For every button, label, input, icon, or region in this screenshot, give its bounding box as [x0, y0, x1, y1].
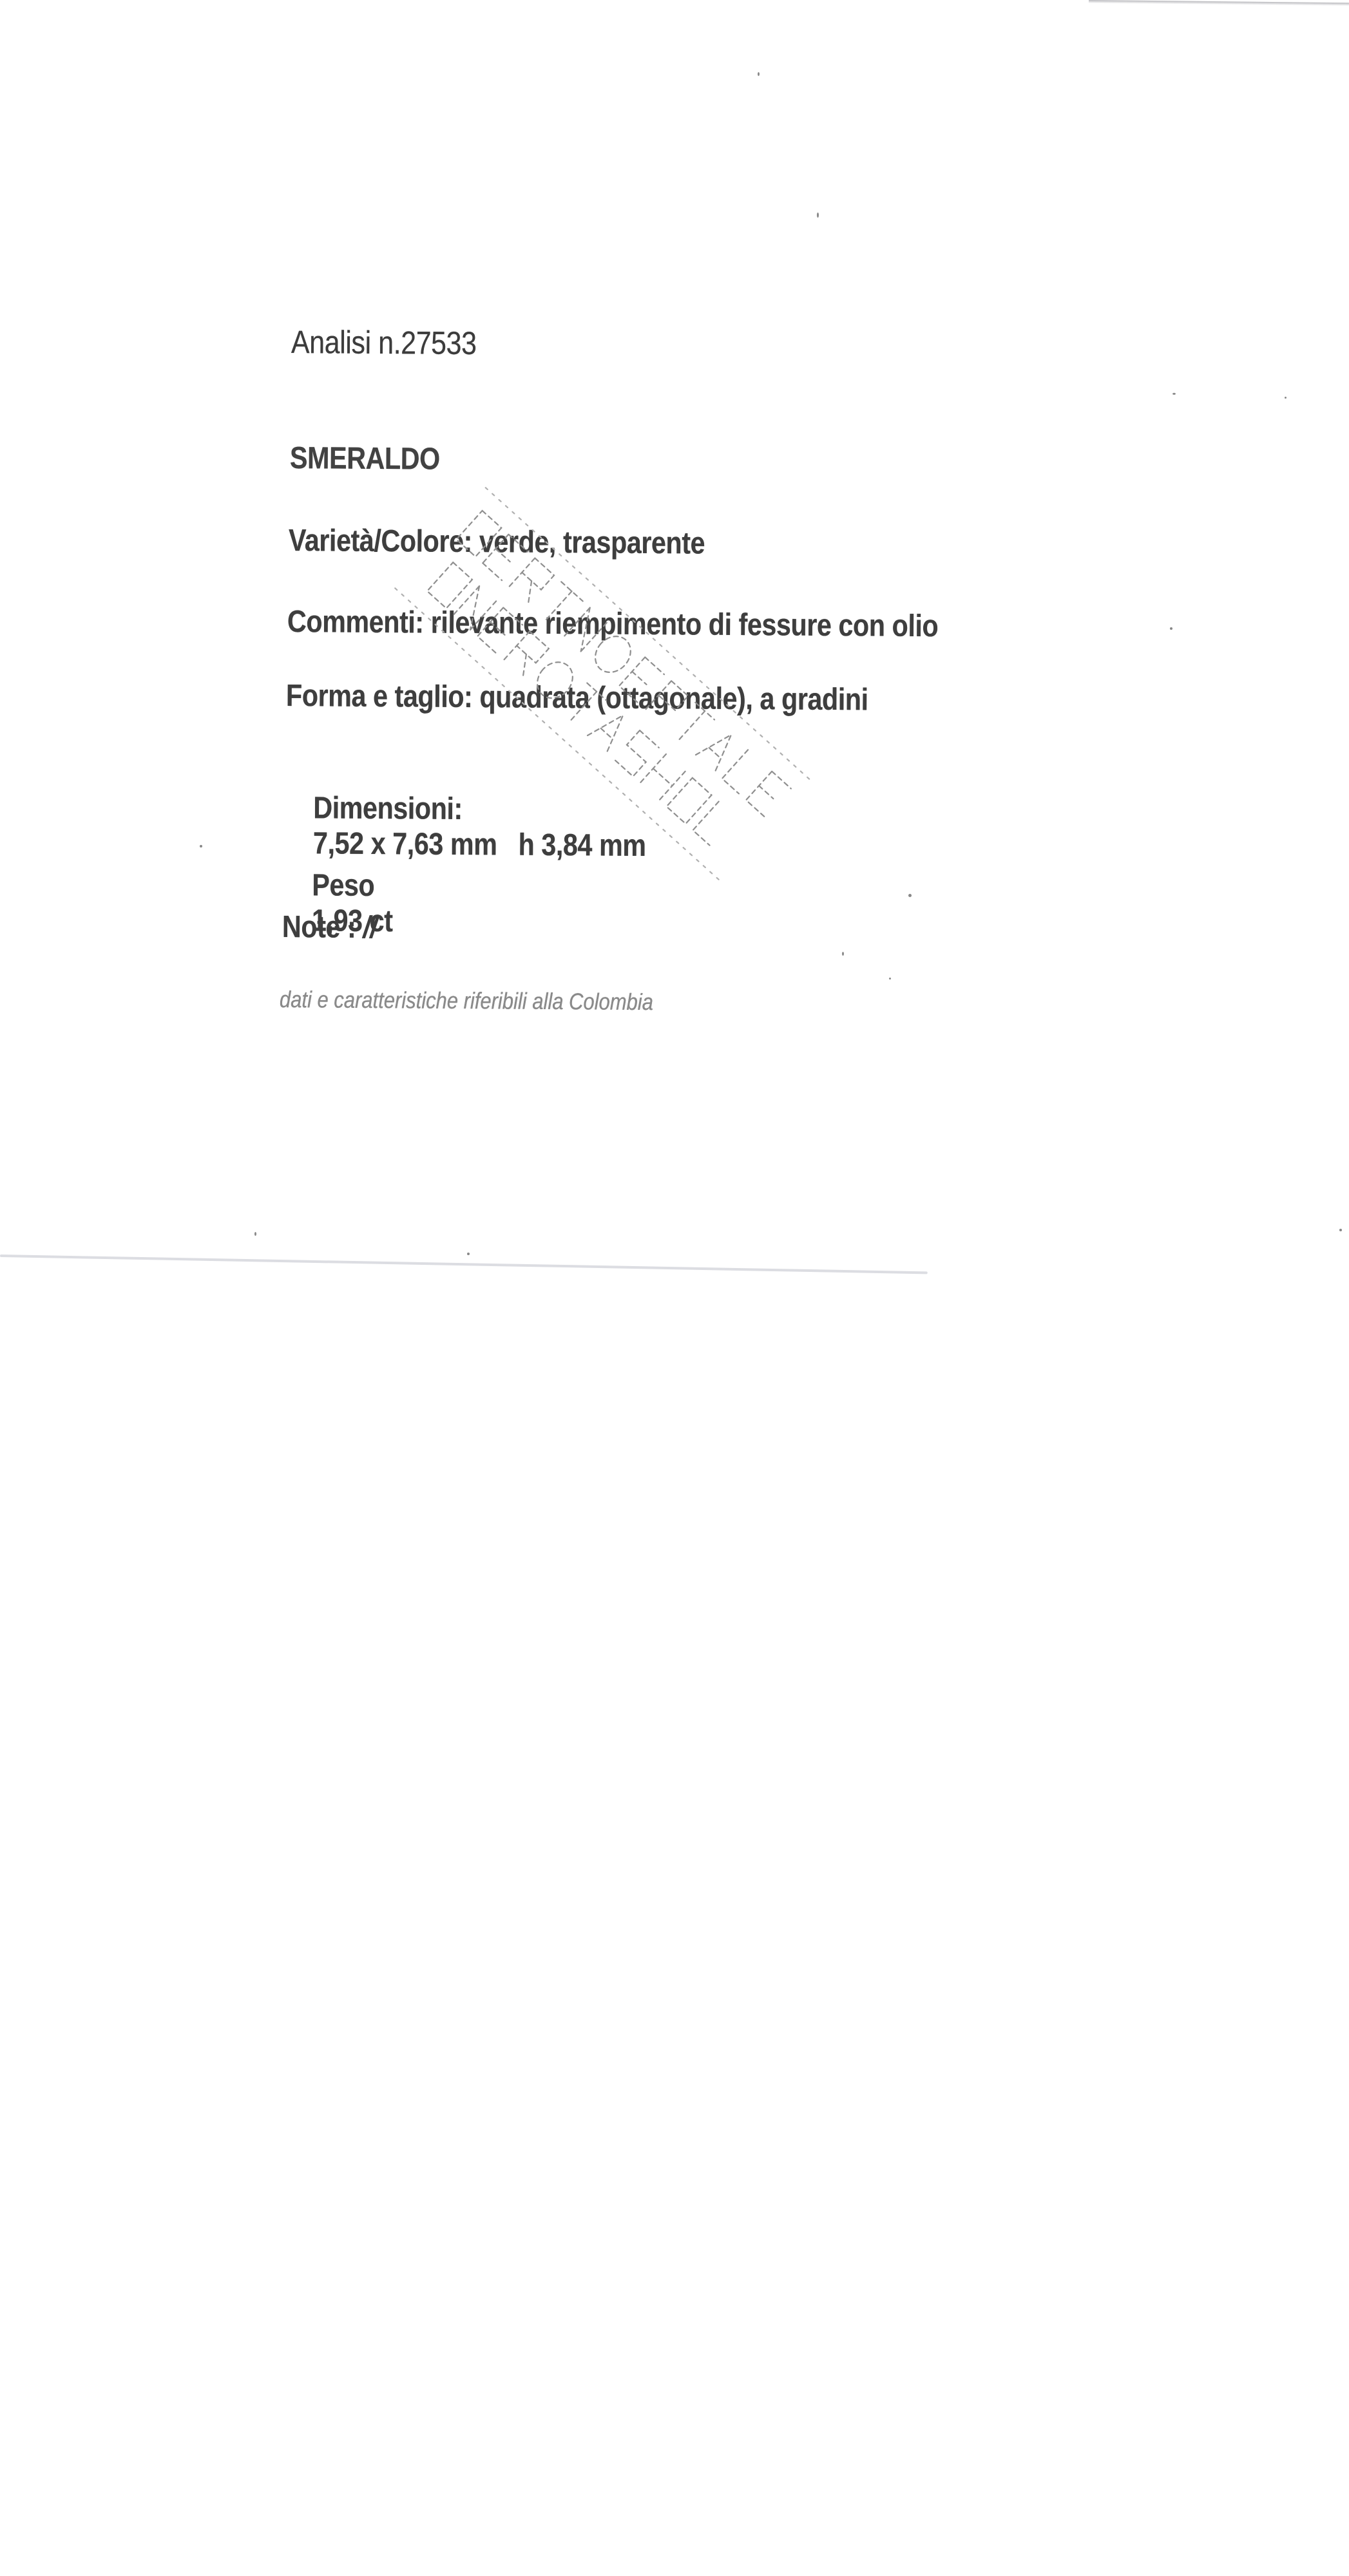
scanned-page: Analisi n.27533 SMERALDO Varietà/Colore:… — [0, 0, 1349, 2576]
origin-footnote: dati e caratteristiche riferibili alla C… — [280, 986, 653, 1016]
analysis-number: Analisi n.27533 — [291, 323, 477, 362]
field-label: Note : — [282, 910, 356, 945]
field-label: Dimensioni: — [313, 791, 463, 826]
field-value: verde, trasparente — [479, 525, 705, 560]
scan-edge-bottom — [0, 1255, 928, 1274]
field-weight: Peso 1,93 ct — [283, 832, 393, 974]
gem-name-heading: SMERALDO — [290, 440, 440, 477]
field-notes: Note : // — [282, 909, 378, 945]
field-variety-color: Varietà/Colore: verde, trasparente — [289, 523, 705, 562]
field-value: quadrata (ottagonale), a gradini — [479, 680, 868, 717]
scan-edge-top — [1089, 0, 1349, 6]
field-label: Commenti: — [287, 605, 424, 640]
field-label: Forma e taglio: — [286, 679, 473, 714]
field-label: Peso — [312, 868, 374, 903]
field-label: Varietà/Colore: — [289, 524, 472, 559]
field-value: // — [363, 911, 377, 945]
field-value: rilevante riempimento di fessure con oli… — [431, 606, 939, 644]
field-shape-cut: Forma e taglio: quadrata (ottagonale), a… — [286, 678, 868, 717]
field-comments: Commenti: rilevante riempimento di fessu… — [287, 604, 939, 644]
